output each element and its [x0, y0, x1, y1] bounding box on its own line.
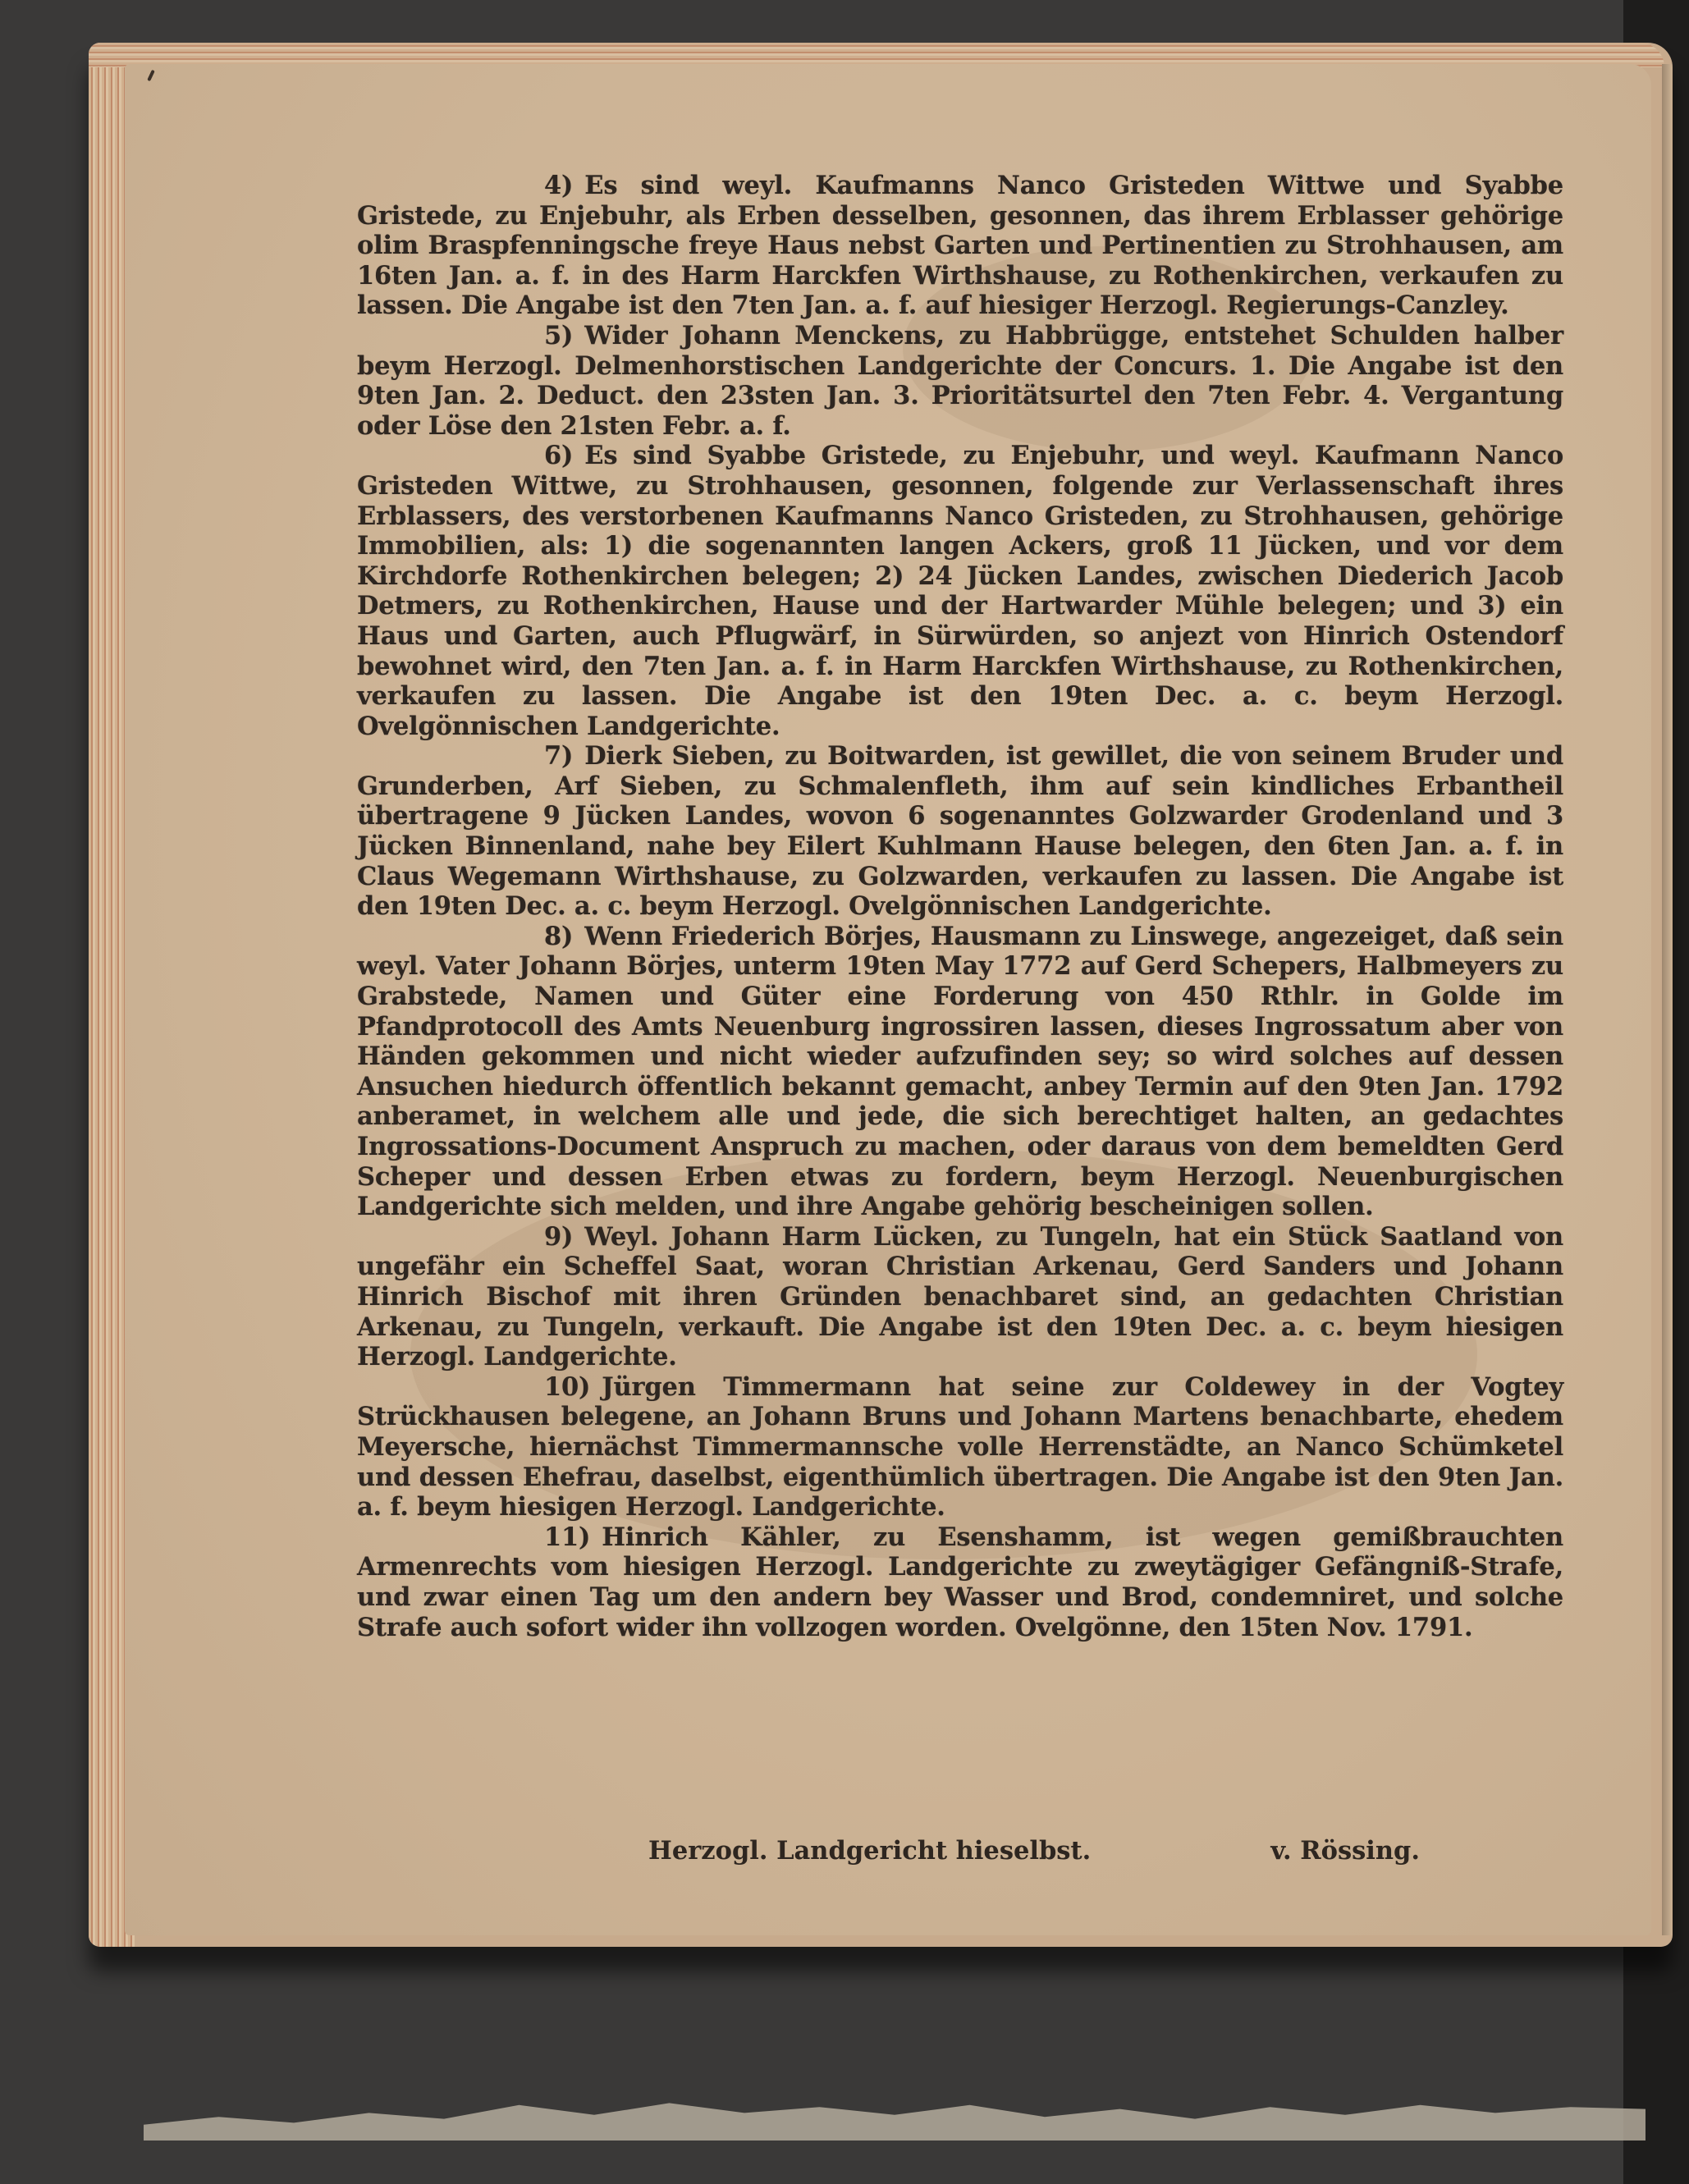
official-name: v. Rössing. [1270, 1836, 1420, 1866]
notice-text: Es sind Syabbe Gristede, zu Enjebuhr, un… [357, 441, 1563, 740]
notice-10: 10)Jürgen Timmermann hat seine zur Colde… [357, 1372, 1563, 1522]
notice-7: 7)Dierk Sieben, zu Boitwarden, ist gewil… [357, 741, 1563, 922]
notice-11: 11)Hinrich Kähler, zu Esenshamm, ist weg… [357, 1522, 1563, 1642]
notice-6: 6)Es sind Syabbe Gristede, zu Enjebuhr, … [357, 441, 1563, 741]
notice-8: 8)Wenn Friederich Börjes, Hausmann zu Li… [357, 922, 1563, 1222]
notice-text: Es sind weyl. Kaufmanns Nanco Gristeden … [357, 171, 1563, 320]
notice-text: Hinrich Kähler, zu Esenshamm, ist wegen … [357, 1522, 1563, 1642]
notice-number: 5) [544, 321, 573, 350]
page-gutter [1662, 64, 1672, 1935]
notice-text: Dierk Sieben, zu Boitwarden, ist gewille… [357, 741, 1563, 921]
notice-number: 9) [544, 1222, 573, 1252]
signature-line: Herzogl. Landgericht hieselbst. v. Rössi… [648, 1836, 1420, 1866]
notice-text: Wider Johann Menckens, zu Habbrügge, ent… [357, 321, 1563, 441]
notice-number: 8) [544, 922, 573, 951]
notice-text: Wenn Friederich Börjes, Hausmann zu Lins… [357, 922, 1563, 1221]
notice-number: 6) [544, 441, 573, 470]
notice-number: 10) [544, 1372, 590, 1402]
notice-5: 5)Wider Johann Menckens, zu Habbrügge, e… [357, 321, 1563, 441]
notice-9: 9)Weyl. Johann Harm Lücken, zu Tungeln, … [357, 1222, 1563, 1372]
notice-number: 7) [544, 741, 573, 771]
page-bottom-worn-edge [144, 2101, 1646, 2141]
notice-number: 11) [544, 1522, 590, 1552]
notice-4: 4)Es sind weyl. Kaufmanns Nanco Gristede… [357, 171, 1563, 321]
document-body: 4)Es sind weyl. Kaufmanns Nanco Gristede… [357, 171, 1563, 1642]
notice-text: Jürgen Timmermann hat seine zur Coldewey… [357, 1372, 1563, 1522]
notice-text: Weyl. Johann Harm Lücken, zu Tungeln, ha… [357, 1222, 1563, 1371]
notice-number: 4) [544, 171, 573, 200]
court-signature: Herzogl. Landgericht hieselbst. [648, 1836, 1091, 1866]
